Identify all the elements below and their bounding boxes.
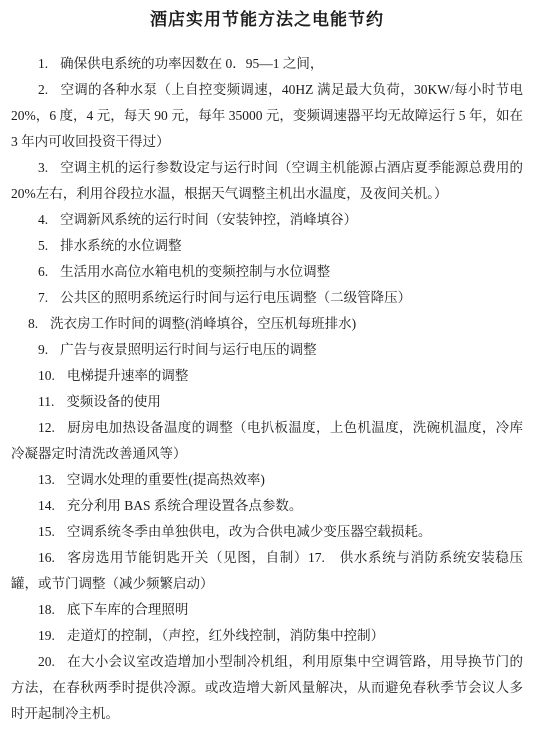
item-text: 空调系统冬季由单独供电，改为合供电减少变压器空载损耗。 [67,524,432,539]
list-item: 14.充分利用 BAS 系统合理设置各点参数。 [11,493,523,519]
item-text: 空调水处理的重要性(提高热效率) [67,472,265,487]
item-number: 19. [38,628,55,643]
item-text: 走道灯的控制，（声控，红外线控制，消防集中控制） [67,628,384,643]
document-title: 酒店实用节能方法之电能节约 [11,8,523,32]
list-item: 19.走道灯的控制，（声控，红外线控制，消防集中控制） [11,623,523,649]
item-number: 2. [38,82,48,97]
item-number: 7. [38,290,48,305]
item-text: 确保供电系统的功率因数在 0．95—1 之间， [60,56,323,71]
list-item: 9.广告与夜景照明运行时间与运行电压的调整 [11,337,523,363]
list-item: 4.空调新风系统的运行时间（安装钟控，消峰填谷） [11,207,523,233]
item-text: 洗衣房工作时间的调整(消峰填谷，空压机每班排水) [50,316,356,331]
list-item: 12.厨房电加热设备温度的调整（电扒板温度，上色机温度，洗碗机温度，冷库冷凝器定… [11,415,523,467]
item-text: 充分利用 BAS 系统合理设置各点参数。 [67,498,303,513]
item-text: 电梯提升速率的调整 [67,368,189,383]
item-list: 1.确保供电系统的功率因数在 0．95—1 之间， 2.空调的各种水泵（上自控变… [11,51,523,727]
item-number: 15. [38,524,55,539]
item-text: 厨房电加热设备温度的调整（电扒板温度，上色机温度，洗碗机温度，冷库冷凝器定时清洗… [11,420,523,461]
document-page: 酒店实用节能方法之电能节约 1.确保供电系统的功率因数在 0．95—1 之间， … [0,0,547,736]
list-item: 6.生活用水高位水箱电机的变频控制与水位调整 [11,259,523,285]
item-number: 13. [38,472,55,487]
list-item: 16.客房选用节能钥匙开关（见图，自制）17. 供水系统与消防系统安装稳压罐，或… [11,545,523,597]
item-text: 广告与夜景照明运行时间与运行电压的调整 [60,342,317,357]
list-item: 11.变频设备的使用 [11,389,523,415]
item-number: 14. [38,498,55,513]
item-number: 5. [38,238,48,253]
item-number: 10. [38,368,55,383]
item-text: 空调新风系统的运行时间（安装钟控，消峰填谷） [60,212,357,227]
item-number: 16. [38,550,55,565]
item-text: 空调主机的运行参数设定与运行时间（空调主机能源占酒店夏季能源总费用的 20%左右… [11,160,523,201]
item-number: 11. [38,394,54,409]
item-number: 6. [38,264,48,279]
list-item: 13.空调水处理的重要性(提高热效率) [11,467,523,493]
item-number: 4. [38,212,48,227]
list-item: 8.洗衣房工作时间的调整(消峰填谷，空压机每班排水) [11,311,523,337]
item-text: 底下车库的合理照明 [67,602,189,617]
list-item: 3.空调主机的运行参数设定与运行时间（空调主机能源占酒店夏季能源总费用的 20%… [11,155,523,207]
list-item: 18.底下车库的合理照明 [11,597,523,623]
item-text: 变频设备的使用 [66,394,161,409]
list-item: 7.公共区的照明系统运行时间与运行电压调整（二级管降压） [11,285,523,311]
item-number: 1. [38,56,48,71]
item-number: 18. [38,602,55,617]
item-number: 3. [38,160,48,175]
list-item: 15.空调系统冬季由单独供电，改为合供电减少变压器空载损耗。 [11,519,523,545]
item-number: 12. [38,420,55,435]
item-text: 空调的各种水泵（上自控变频调速，40HZ 满足最大负荷，30KW/每小时节电 2… [11,82,523,149]
item-text: 排水系统的水位调整 [60,238,182,253]
list-item: 1.确保供电系统的功率因数在 0．95—1 之间， [11,51,523,77]
list-item: 2.空调的各种水泵（上自控变频调速，40HZ 满足最大负荷，30KW/每小时节电… [11,77,523,155]
item-text: 客房选用节能钥匙开关（见图，自制）17. 供水系统与消防系统安装稳压罐，或节门调… [11,550,523,591]
list-item: 20.在大小会议室改造增加小型制冷机组，利用原集中空调管路，用导换节门的方法，在… [11,649,523,727]
item-number: 20. [38,654,55,669]
list-item: 10.电梯提升速率的调整 [11,363,523,389]
list-item: 5.排水系统的水位调整 [11,233,523,259]
item-number: 8. [28,316,38,331]
item-number: 9. [38,342,48,357]
item-text: 生活用水高位水箱电机的变频控制与水位调整 [60,264,330,279]
item-text: 在大小会议室改造增加小型制冷机组，利用原集中空调管路，用导换节门的方法，在春秋两… [11,654,523,721]
item-text: 公共区的照明系统运行时间与运行电压调整（二级管降压） [60,290,411,305]
